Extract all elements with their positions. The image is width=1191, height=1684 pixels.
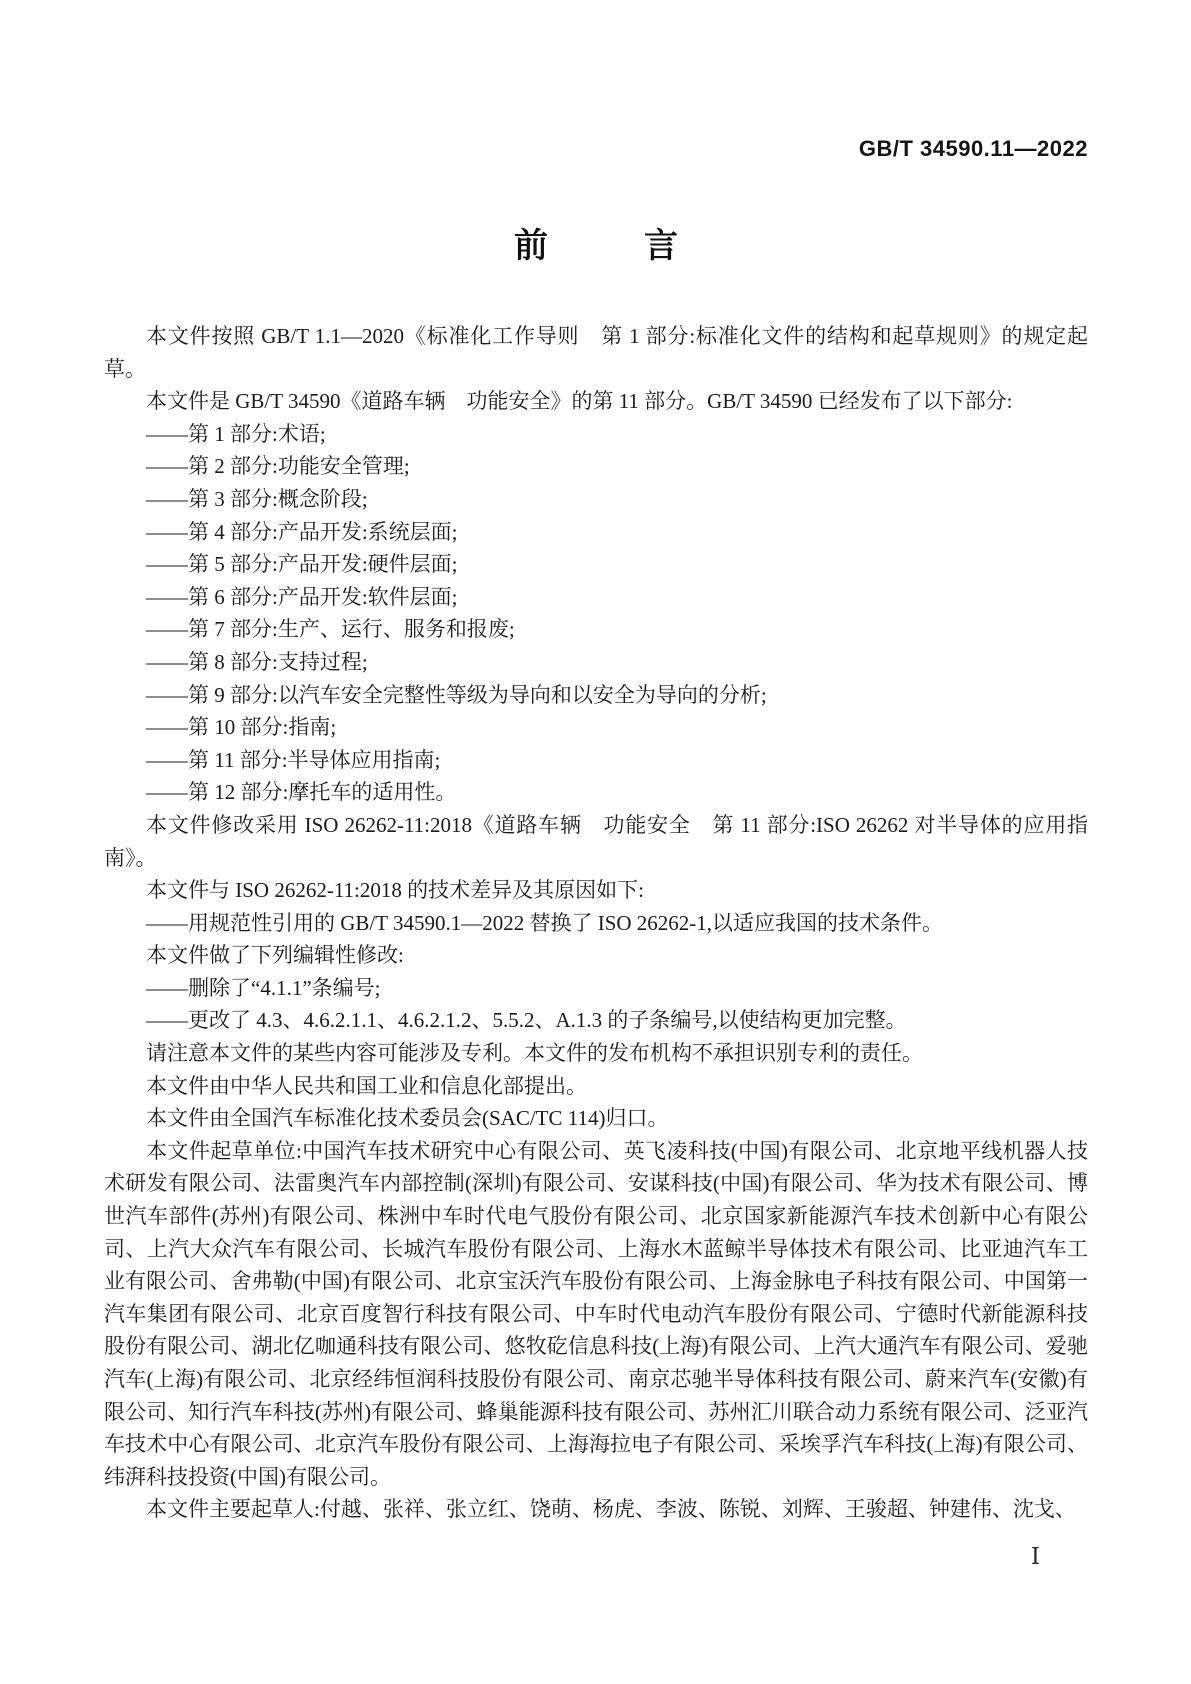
foreword-body: 本文件按照 GB/T 1.1—2020《标准化工作导则 第 1 部分:标准化文件… bbox=[104, 320, 1088, 1526]
document-header: GB/T 34590.11—2022 bbox=[104, 136, 1088, 162]
standard-number: GB/T 34590.11—2022 bbox=[859, 136, 1088, 161]
paragraph: ——第 9 部分:以汽车安全完整性等级为导向和以安全为导向的分析; bbox=[104, 679, 1088, 712]
paragraph: 本文件主要起草人:付越、张祥、张立红、饶萌、杨虎、李波、陈锐、刘辉、王骏超、钟建… bbox=[104, 1493, 1088, 1526]
title-char-qian: 前 bbox=[514, 227, 548, 265]
paragraph: ——第 6 部分:产品开发:软件层面; bbox=[104, 581, 1088, 614]
paragraph: 本文件由全国汽车标准化技术委员会(SAC/TC 114)归口。 bbox=[104, 1102, 1088, 1135]
paragraph: ——第 8 部分:支持过程; bbox=[104, 646, 1088, 679]
title-char-yan: 言 bbox=[644, 227, 678, 265]
paragraph: ——删除了“4.1.1”条编号; bbox=[104, 972, 1088, 1005]
paragraph: ——第 4 部分:产品开发:系统层面; bbox=[104, 516, 1088, 549]
paragraph: ——第 2 部分:功能安全管理; bbox=[104, 450, 1088, 483]
paragraph: ——更改了 4.3、4.6.2.1.1、4.6.2.1.2、5.5.2、A.1.… bbox=[104, 1004, 1088, 1037]
paragraph: 本文件与 ISO 26262-11:2018 的技术差异及其原因如下: bbox=[104, 874, 1088, 907]
paragraph: 本文件起草单位:中国汽车技术研究中心有限公司、英飞凌科技(中国)有限公司、北京地… bbox=[104, 1135, 1088, 1494]
paragraph: 本文件修改采用 ISO 26262-11:2018《道路车辆 功能安全 第 11… bbox=[104, 809, 1088, 874]
paragraph: ——第 12 部分:摩托车的适用性。 bbox=[104, 776, 1088, 809]
paragraph: ——第 1 部分:术语; bbox=[104, 418, 1088, 451]
paragraph: ——第 11 部分:半导体应用指南; bbox=[104, 744, 1088, 777]
paragraph: 本文件是 GB/T 34590《道路车辆 功能安全》的第 11 部分。GB/T … bbox=[104, 385, 1088, 418]
paragraph: ——用规范性引用的 GB/T 34590.1—2022 替换了 ISO 2626… bbox=[104, 907, 1088, 940]
paragraph: 本文件做了下列编辑性修改: bbox=[104, 939, 1088, 972]
page-number: Ⅰ bbox=[1031, 1544, 1040, 1570]
paragraph: ——第 10 部分:指南; bbox=[104, 711, 1088, 744]
document-page: GB/T 34590.11—2022 前言 本文件按照 GB/T 1.1—202… bbox=[0, 0, 1191, 1684]
page-title: 前言 bbox=[104, 226, 1088, 266]
paragraph: 请注意本文件的某些内容可能涉及专利。本文件的发布机构不承担识别专利的责任。 bbox=[104, 1037, 1088, 1070]
paragraph: ——第 7 部分:生产、运行、服务和报废; bbox=[104, 613, 1088, 646]
paragraph: 本文件按照 GB/T 1.1—2020《标准化工作导则 第 1 部分:标准化文件… bbox=[104, 320, 1088, 385]
paragraph: ——第 3 部分:概念阶段; bbox=[104, 483, 1088, 516]
paragraph: 本文件由中华人民共和国工业和信息化部提出。 bbox=[104, 1070, 1088, 1103]
paragraph: ——第 5 部分:产品开发:硬件层面; bbox=[104, 548, 1088, 581]
